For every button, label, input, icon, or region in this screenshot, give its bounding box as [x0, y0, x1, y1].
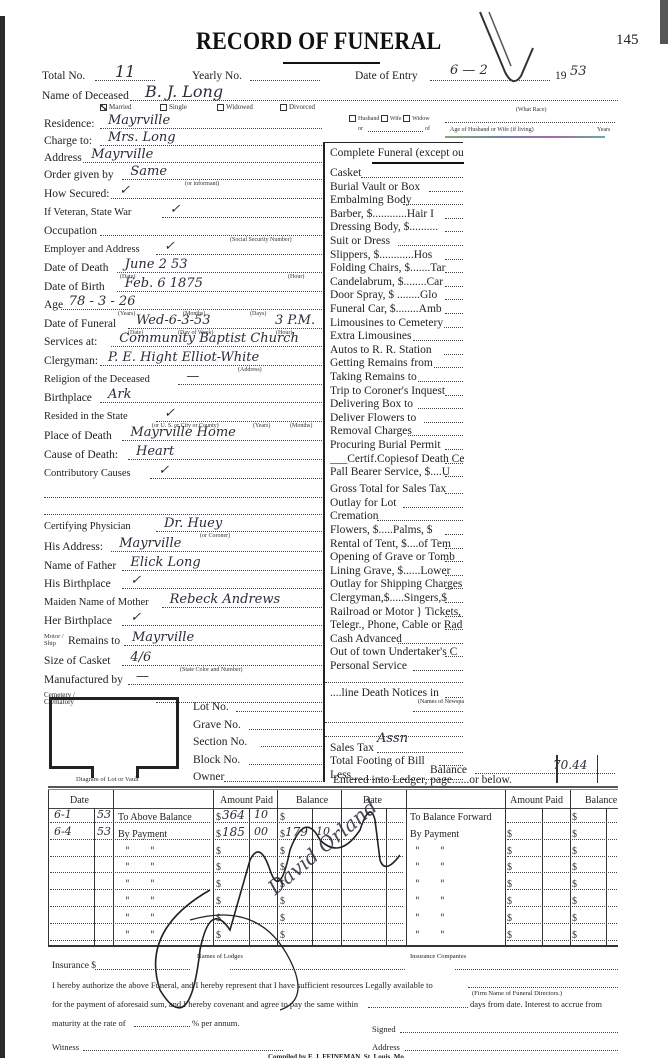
widowed-label: Widowed — [226, 103, 253, 111]
field-label: How Secured: — [44, 188, 109, 200]
field-label: Birthplace — [44, 392, 92, 404]
lot-field-line[interactable] — [236, 711, 322, 712]
firm-name-caption: (Firm Name of Funeral Directors.) — [472, 990, 562, 997]
field-line[interactable] — [128, 684, 322, 685]
paperclip-mark — [475, 10, 535, 90]
funeral-hour-value[interactable]: 3 P.M. — [275, 313, 315, 328]
field-label: If Veteran, State War — [44, 207, 131, 218]
charge-item: Pall Bearer Service, $....U — [330, 466, 464, 478]
total-no-value[interactable]: 11 — [115, 62, 135, 81]
field-value[interactable]: ✓ — [130, 573, 141, 588]
field-label: Employer and Address — [44, 244, 140, 255]
ledger-left-date-line[interactable] — [50, 856, 210, 857]
ledger-left-amount-line[interactable] — [215, 822, 340, 823]
ledger-right-date-line[interactable] — [343, 839, 403, 840]
charge-item: Opening of Grave or Tomb — [330, 551, 464, 563]
charge-item: Casket — [330, 167, 464, 179]
less-value[interactable]: Assn — [377, 731, 408, 746]
spouse-options[interactable]: Husband Wife Widow — [349, 115, 430, 122]
field-label: Maiden Name of Mother — [44, 597, 149, 608]
field-value[interactable]: ✓ — [158, 463, 169, 478]
charge-item: Funeral Car, $........Amb — [330, 303, 464, 315]
field-label: Her Birthplace — [44, 615, 112, 627]
field-value[interactable]: — — [186, 369, 199, 384]
single-checkbox[interactable] — [160, 104, 167, 111]
field-line[interactable] — [122, 665, 322, 666]
insurance-line — [95, 969, 190, 970]
ledger-left-amount-cents[interactable]: 00 — [254, 825, 268, 838]
field-value[interactable]: Mayrville — [91, 147, 153, 162]
dollar-sign: $ — [507, 913, 512, 924]
charge-item: Personal Service — [330, 660, 464, 672]
field-line[interactable] — [122, 440, 322, 441]
charge-item: Candelabrum, $........Car — [330, 276, 464, 288]
charge-item: Outlay for Lot — [330, 497, 464, 509]
dollar-sign: $ — [507, 829, 512, 840]
ditto-mark: " — [415, 846, 420, 857]
lot-diagram-foot-right — [136, 766, 179, 769]
ledger-right-date-line[interactable] — [343, 923, 403, 924]
footer-address-line[interactable] — [405, 1050, 618, 1051]
field-line[interactable] — [111, 346, 322, 347]
field-value[interactable]: June 2 53 — [125, 257, 188, 272]
field-label: Date of Birth — [44, 281, 105, 293]
lot-field-line[interactable] — [249, 764, 322, 765]
page-tab-edge — [660, 0, 668, 44]
dollar-sign: $ — [572, 930, 577, 941]
charges-heading: Complete Funeral (except ou — [330, 147, 464, 159]
field-value[interactable]: Rebeck Andrews — [170, 592, 281, 607]
ledger-right-date-line[interactable] — [343, 856, 403, 857]
yearly-no-label: Yearly No. — [192, 70, 242, 82]
ditto-mark: " — [440, 913, 445, 924]
dollar-sign: $ — [572, 913, 577, 924]
dollar-sign: $ — [216, 879, 221, 890]
ledger-right-date-line[interactable] — [343, 889, 403, 890]
ledger-left-date-value[interactable]: 6-4 — [54, 825, 72, 838]
ledger-right-date-line[interactable] — [343, 872, 403, 873]
field-caption: (Years) — [253, 423, 270, 429]
lot-field-line[interactable] — [224, 781, 322, 782]
field-value[interactable]: Dr. Huey — [164, 516, 222, 531]
field-line[interactable] — [150, 478, 322, 479]
charge-item: (Names of Newspa — [330, 699, 464, 705]
field-caption: (or informant) — [185, 181, 219, 187]
charge-blank-line[interactable] — [325, 682, 463, 683]
ditto-mark: " — [125, 862, 130, 873]
field-value[interactable]: — — [136, 669, 149, 684]
field-line[interactable] — [61, 309, 322, 310]
ledger-right-amount-line[interactable] — [507, 822, 617, 823]
charge-item: ....line Death Notices in — [330, 687, 464, 699]
remains-mode-prefix: Motor / Ship — [44, 633, 64, 647]
ledger-left-amount-value[interactable]: 364 — [222, 808, 245, 822]
date-of-entry-line — [430, 80, 550, 81]
companies-line — [455, 969, 618, 970]
dollar-sign: $ — [507, 896, 512, 907]
field-line[interactable] — [156, 702, 322, 703]
ledger-left-desc: By Payment — [118, 829, 167, 840]
charge-item: Barber, $............Hair I — [330, 208, 464, 220]
field-label: Certifying Physician — [44, 521, 131, 532]
field-line[interactable] — [156, 531, 322, 532]
charge-item: Embalming Body — [330, 194, 464, 206]
name-of-deceased-label: Name of Deceased — [42, 90, 129, 102]
field-line[interactable] — [100, 235, 322, 236]
field-caption: (Days) — [250, 311, 266, 317]
field-caption: (or Coroner) — [200, 533, 230, 539]
field-line[interactable] — [100, 145, 322, 146]
field-value[interactable]: Mayrville — [108, 113, 170, 128]
date-of-entry-label: Date of Entry — [355, 70, 418, 82]
funeral-record-page: RECORD OF FUNERAL 145 Total No. 11 Yearl… — [0, 0, 668, 1058]
field-line[interactable] — [122, 588, 322, 589]
year-value[interactable]: 53 — [570, 64, 587, 79]
field-value[interactable]: 78 - 3 - 26 — [69, 294, 136, 309]
lot-field-label: Section No. — [193, 736, 247, 748]
ledger-right-amount-header: Amount Paid — [510, 795, 563, 806]
charge-item: Rental of Tent, $....of Tem — [330, 538, 464, 550]
widowed-checkbox[interactable] — [217, 104, 224, 111]
percent-text: % per annum. — [192, 1018, 239, 1028]
ledger-right-amount-line[interactable] — [507, 923, 617, 924]
ledger-right-desc: To Balance Forward — [410, 812, 492, 823]
ledger-right-amount-line[interactable] — [507, 940, 617, 941]
field-value[interactable]: Mayrville — [132, 630, 194, 645]
ditto-mark: " — [440, 846, 445, 857]
field-label: Address — [44, 152, 82, 164]
field-line[interactable] — [44, 514, 322, 515]
charge-item: Door Spray, $ ........Glo — [330, 289, 464, 301]
field-line[interactable] — [178, 384, 322, 385]
ditto-mark: " — [415, 913, 420, 924]
ditto-mark: " — [415, 862, 420, 873]
dollar-sign: $ — [280, 930, 285, 941]
ditto-mark: " — [125, 846, 130, 857]
page-number: 145 — [616, 32, 639, 49]
field-value[interactable]: Elick Long — [130, 555, 200, 570]
ledger-right-amount-line[interactable] — [507, 856, 617, 857]
field-value[interactable]: ✓ — [170, 202, 181, 217]
dollar-sign: $ — [280, 846, 285, 857]
dollar-sign: $ — [507, 862, 512, 873]
spouse-of-label: of — [425, 126, 430, 132]
spouse-or-label: or — [358, 126, 363, 132]
ledger-right-amount-line[interactable] — [507, 889, 617, 890]
interest-rate-line — [134, 1026, 190, 1027]
dollar-sign: $ — [280, 896, 285, 907]
ditto-mark: " — [125, 896, 130, 907]
date-of-entry-value[interactable]: 6 — 2 — [450, 63, 488, 78]
ditto-mark: " — [440, 930, 445, 941]
balance-value[interactable]: 70.44 — [553, 758, 587, 772]
wife-checkbox[interactable] — [381, 115, 388, 122]
field-label: Date of Funeral — [44, 318, 116, 330]
dollar-sign: $ — [216, 930, 221, 941]
field-line[interactable] — [122, 179, 322, 180]
charge-item: Limousines to Cemetery — [330, 317, 464, 329]
married-label: Married — [109, 103, 132, 111]
days-text: days from date. Interest to accrue from — [470, 999, 602, 1009]
field-line[interactable] — [124, 645, 322, 646]
lot-field-label: Block No. — [193, 754, 240, 766]
field-value[interactable]: Heart — [136, 444, 174, 459]
field-label: Occupation — [44, 225, 97, 237]
field-line[interactable] — [162, 217, 322, 218]
lot-field-line[interactable] — [249, 729, 322, 730]
ledger-right-balance-header: Balance — [585, 795, 617, 806]
field-value[interactable]: Mrs. Long — [108, 130, 176, 145]
charge-item: Procuring Burial Permit — [330, 439, 464, 451]
field-caption: (Address) — [238, 367, 262, 373]
ledger-left-date-value[interactable]: 6-1 — [54, 808, 72, 821]
ditto-mark: " — [150, 879, 155, 890]
lot-diagram-foot-left — [49, 766, 94, 769]
form-title: RECORD OF FUNERAL — [196, 28, 441, 56]
ditto-mark: " — [125, 913, 130, 924]
husband-checkbox[interactable] — [349, 115, 356, 122]
what-race-caption: (What Race) — [516, 107, 546, 113]
dollar-sign: $ — [280, 913, 285, 924]
spouse-color-rule — [445, 136, 605, 138]
field-value[interactable]: Mayrville — [119, 536, 181, 551]
ledger-right-amount-line[interactable] — [507, 906, 617, 907]
charge-item: Gross Total for Sales Tax — [330, 483, 464, 495]
ledger-column-divider — [570, 790, 571, 945]
field-value[interactable]: 4/6 — [130, 650, 151, 665]
field-value[interactable]: Same — [130, 164, 167, 179]
yearly-no-line — [250, 80, 320, 81]
field-line[interactable] — [100, 128, 322, 129]
dollar-sign: $ — [507, 879, 512, 890]
ledger-left-year-value[interactable]: 53 — [97, 825, 111, 838]
field-caption: (Social Security Number) — [230, 237, 292, 243]
lot-field-label: Owner — [193, 771, 224, 783]
field-value[interactable]: ✓ — [119, 183, 130, 198]
spouse-or-line — [368, 131, 423, 132]
charges-column: Complete Funeral (except ou CasketBurial… — [323, 142, 463, 782]
compiler-credit: Compiled by F. J. FEINEMAN. St. Louis, M… — [268, 1053, 406, 1058]
dollar-sign: $ — [572, 896, 577, 907]
firm-name-line — [468, 987, 618, 988]
ledger-entry-label: Entered into Ledger, page......or below. — [333, 774, 512, 786]
deceased-name-value[interactable]: B. J. Long — [145, 82, 223, 101]
field-line[interactable] — [100, 365, 322, 366]
charge-item: Delivering Box to — [330, 398, 464, 410]
dollar-sign: $ — [216, 896, 221, 907]
ledger-left-date-line[interactable] — [50, 889, 210, 890]
ditto-mark: " — [150, 913, 155, 924]
ledger-top-rule — [48, 786, 618, 790]
ledger-left-amount-line[interactable] — [215, 923, 340, 924]
marital-single[interactable]: Single — [160, 103, 187, 111]
ledger-left-date-line[interactable] — [50, 940, 210, 941]
ditto-mark: " — [440, 879, 445, 890]
field-label: Religion of the Deceased — [44, 374, 150, 385]
ledger-left-date-header: Date — [70, 795, 89, 806]
lot-diagram-box — [49, 697, 179, 769]
field-label: Cause of Death: — [44, 449, 118, 461]
ledger-left-date-line[interactable] — [50, 923, 210, 924]
widow-checkbox[interactable] — [403, 115, 410, 122]
charge-line[interactable] — [413, 711, 463, 712]
ledger-column-divider — [48, 790, 49, 945]
field-label: Charge to: — [44, 135, 92, 147]
year-prefix: 19 — [555, 70, 567, 82]
ledger-right-desc: By Payment — [410, 829, 459, 840]
field-value[interactable]: Feb. 6 1875 — [125, 276, 203, 291]
charge-blank-line[interactable] — [325, 722, 463, 723]
field-line[interactable] — [100, 402, 322, 403]
ledger-left-amount-line[interactable] — [215, 940, 340, 941]
field-label: Clergyman: — [44, 355, 98, 367]
charge-item: Trip to Coroner's Inquest — [330, 385, 464, 397]
payment-text: for the payment of aforesaid sum, and I … — [52, 999, 358, 1009]
field-line[interactable] — [156, 421, 322, 422]
dollar-sign: $ — [572, 812, 577, 823]
field-label: Resided in the State — [44, 411, 128, 422]
ledger-right-date-line[interactable] — [343, 906, 403, 907]
field-value[interactable]: ✓ — [130, 610, 141, 625]
widow-label: Widow — [412, 116, 429, 122]
charge-item: Folding Chairs, $.......Tar — [330, 262, 464, 274]
field-line[interactable] — [111, 198, 322, 199]
dollar-sign: $ — [572, 879, 577, 890]
witness-line[interactable] — [83, 1050, 283, 1051]
dollar-sign: $ — [572, 829, 577, 840]
ledger-left-amount-value[interactable]: 185 — [222, 825, 245, 839]
single-label: Single — [169, 103, 187, 111]
field-value[interactable]: P. E. Hight Elliot-White — [108, 350, 259, 365]
marital-divorced[interactable]: Divorced — [280, 103, 315, 111]
field-label: His Birthplace — [44, 578, 111, 590]
marital-widowed[interactable]: Widowed — [217, 103, 253, 111]
charge-item: Cash Advanced — [330, 633, 464, 645]
ledger-column-divider — [113, 790, 114, 945]
dollar-sign: $ — [216, 862, 221, 873]
ledger-right-date-line[interactable] — [343, 940, 403, 941]
field-label: Name of Father — [44, 560, 116, 572]
field-caption: (Years) — [118, 311, 135, 317]
ditto-mark: " — [150, 846, 155, 857]
years-label: Years — [597, 127, 610, 133]
field-value[interactable]: ✓ — [164, 239, 175, 254]
ledger-left-balance-header: Balance — [296, 795, 328, 806]
dollar-sign: $ — [572, 862, 577, 873]
dollar-sign: $ — [216, 812, 221, 823]
ledger-left-desc: To Above Balance — [118, 812, 192, 823]
ledger-column-divider — [606, 808, 607, 945]
field-value[interactable]: Wed-6-3-53 — [136, 313, 211, 328]
ledger-right-amount-line[interactable] — [507, 872, 617, 873]
authorize-text: I hereby authorize the above Funeral, an… — [52, 980, 433, 990]
page-binding-edge — [0, 16, 5, 1058]
dollar-sign: $ — [280, 812, 285, 823]
field-line[interactable] — [128, 328, 322, 329]
charges-heading-rule — [372, 162, 464, 164]
ledger-left-year-value[interactable]: 53 — [97, 808, 111, 821]
field-caption: (Hour) — [288, 274, 304, 280]
field-line[interactable] — [162, 607, 322, 608]
ditto-mark: " — [415, 879, 420, 890]
ditto-mark: " — [415, 930, 420, 941]
field-line[interactable] — [156, 254, 322, 255]
ledger-column-divider — [505, 790, 506, 945]
companies-label: Insurance Companies — [410, 953, 466, 960]
field-line[interactable] — [122, 570, 322, 571]
charge-item: Dressing Body, $.......... — [330, 221, 464, 233]
ledger-bottom-rule — [48, 945, 618, 947]
days-line — [368, 1007, 468, 1008]
charge-item: Deliver Flowers to — [330, 412, 464, 424]
lot-field-line[interactable] — [261, 746, 322, 747]
field-label: Date of Death — [44, 262, 109, 274]
charge-item: Out of town Undertaker's C — [330, 646, 464, 658]
field-line[interactable] — [122, 625, 322, 626]
dollar-sign: $ — [507, 930, 512, 941]
charge-item: Telegr., Phone, Cable or Rad — [330, 619, 464, 631]
field-value[interactable]: Mayrville Home — [130, 425, 235, 440]
address-label: Address — [372, 1042, 400, 1052]
wife-label: Wife — [390, 116, 402, 122]
ditto-mark: " — [125, 930, 130, 941]
lot-field-label: Grave No. — [193, 719, 241, 731]
contributory-extra-line[interactable] — [44, 497, 322, 498]
dollar-sign: $ — [572, 846, 577, 857]
field-line[interactable] — [111, 551, 322, 552]
ledger-left-date-line[interactable] — [50, 872, 210, 873]
field-caption: (State Color and Number) — [180, 667, 242, 673]
dollar-sign: $ — [216, 846, 221, 857]
ledger-left-balance-value[interactable]: 179 — [285, 825, 308, 839]
ledger-left-amount-line[interactable] — [215, 906, 340, 907]
witness-label: Witness — [52, 1042, 79, 1052]
marital-married[interactable]: Married — [100, 103, 132, 111]
charge-item: Autos to R. R. Station — [330, 344, 464, 356]
divorced-checkbox[interactable] — [280, 104, 287, 111]
ditto-mark: " — [415, 896, 420, 907]
lodges-label: Names of Lodges — [197, 953, 243, 960]
signed-line[interactable] — [400, 1032, 618, 1033]
charge-item: Outlay for Shipping Charges — [330, 578, 464, 590]
field-label: Place of Death — [44, 430, 112, 442]
maturity-text: maturity at the rate of — [52, 1018, 126, 1028]
field-value[interactable]: ✓ — [164, 406, 175, 421]
field-value[interactable]: Community Baptist Church — [119, 331, 299, 346]
field-line[interactable] — [83, 162, 322, 163]
field-line[interactable] — [128, 459, 322, 460]
ditto-mark: " — [150, 896, 155, 907]
charge-item: ___Certif.Copiesof Death Cer — [330, 453, 464, 465]
charge-item: Clergyman,$.....Singers,$ — [330, 592, 464, 604]
ledger-right-amount-line[interactable] — [507, 839, 617, 840]
ledger-left-date-line[interactable] — [50, 906, 210, 907]
field-label: Remains to — [68, 635, 120, 647]
charge-item: Cremation — [330, 510, 464, 522]
field-line[interactable] — [117, 291, 322, 292]
ledger-column-divider — [386, 808, 387, 945]
field-value[interactable]: Ark — [108, 387, 131, 402]
married-checkbox[interactable] — [100, 104, 107, 111]
field-label: Order given by — [44, 169, 114, 181]
charge-item: Slippers, $............Hos — [330, 249, 464, 261]
charge-item: Railroad or Motor } Tickets, $ — [330, 606, 464, 618]
ledger-left-amount-cents[interactable]: 10 — [254, 808, 268, 821]
insurance-label: Insurance $ — [52, 961, 96, 971]
field-label: Residence: — [44, 118, 94, 130]
field-line[interactable] — [117, 272, 322, 273]
lot-diagram-caption: Diagram of Lot or Vault — [76, 776, 139, 783]
